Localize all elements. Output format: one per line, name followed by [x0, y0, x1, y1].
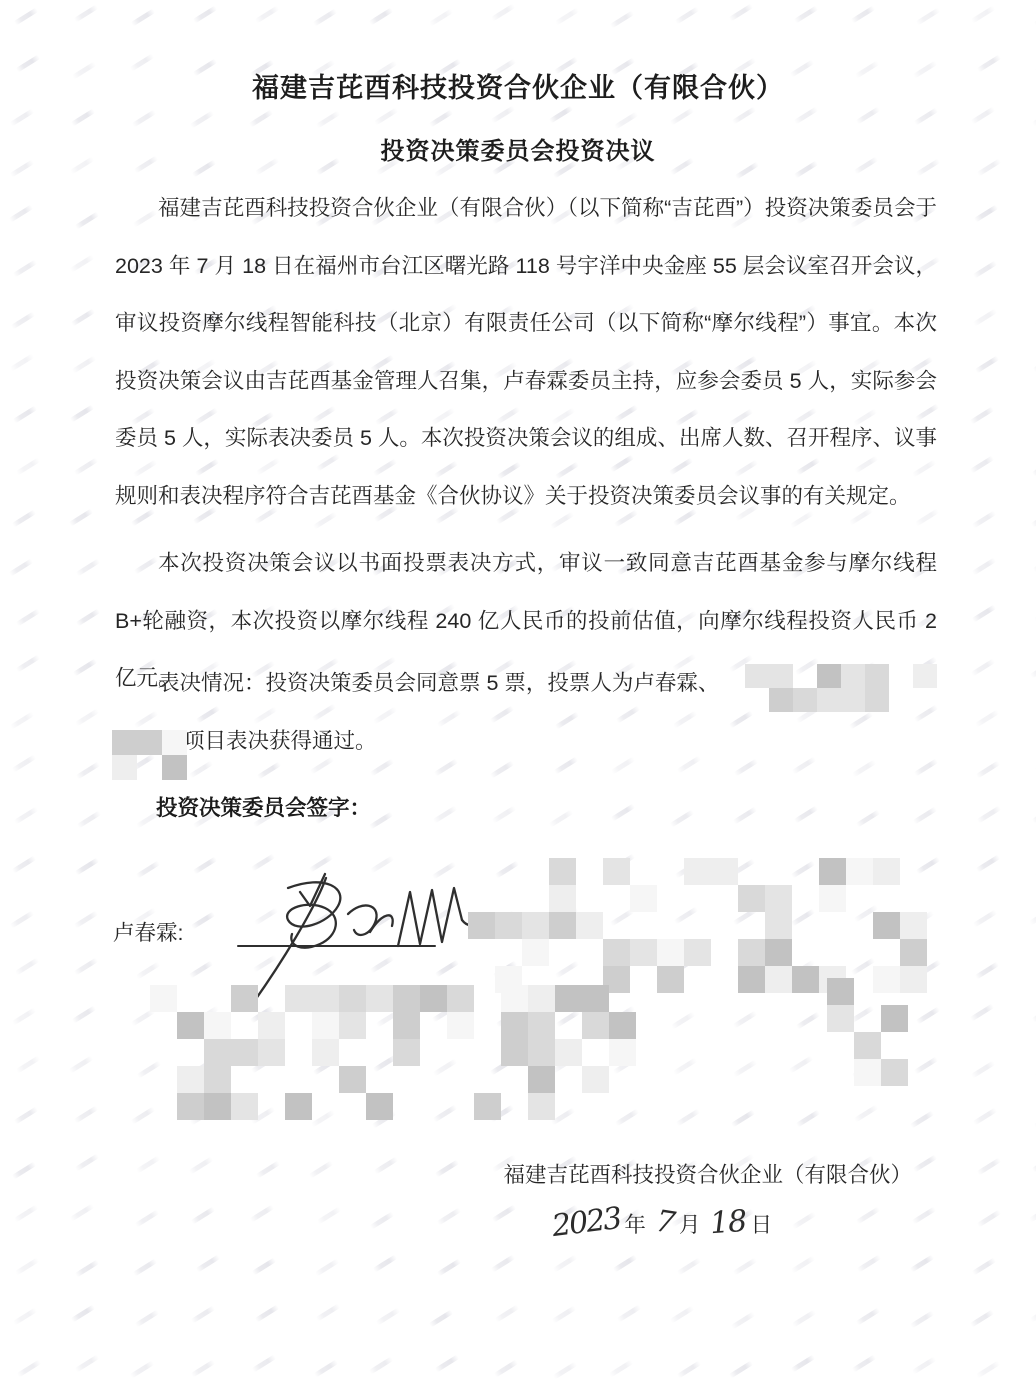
watermark-mark — [373, 107, 398, 125]
mosaic-cell — [231, 1093, 258, 1120]
mosaic-cell — [684, 939, 711, 966]
watermark-mark — [609, 1359, 634, 1377]
watermark-mark — [16, 654, 41, 672]
watermark-mark — [249, 109, 274, 127]
watermark-mark — [131, 110, 156, 128]
watermark-mark — [73, 1106, 98, 1124]
watermark-mark — [75, 858, 100, 876]
mosaic-cell — [900, 966, 927, 993]
watermark-mark — [315, 1258, 340, 1276]
year-label: 年 — [624, 1213, 646, 1237]
watermark-mark — [969, 1004, 994, 1022]
watermark-mark — [790, 909, 815, 927]
watermark-mark — [492, 806, 517, 824]
mosaic-cell — [846, 858, 873, 885]
watermark-mark — [555, 8, 580, 26]
watermark-mark — [554, 960, 579, 978]
watermark-mark — [791, 1256, 816, 1274]
watermark-mark — [1032, 1154, 1036, 1172]
watermark-mark — [550, 1108, 575, 1126]
mosaic-cell — [312, 1039, 339, 1066]
watermark-mark — [613, 111, 638, 129]
mosaic-cell — [582, 1066, 609, 1093]
watermark-mark — [670, 108, 695, 126]
watermark-mark — [850, 1005, 875, 1023]
watermark-mark — [74, 958, 99, 976]
mosaic-cell — [528, 1066, 555, 1093]
mosaic-cell — [630, 885, 657, 912]
watermark-mark — [912, 1206, 937, 1224]
watermark-mark — [617, 1304, 642, 1322]
watermark-mark — [914, 1057, 939, 1075]
mosaic-cell — [495, 966, 522, 993]
watermark-mark — [10, 354, 35, 372]
mosaic-cell — [684, 858, 711, 885]
watermark-mark — [490, 1058, 515, 1076]
watermark-mark — [192, 5, 217, 23]
watermark-mark — [675, 861, 700, 879]
watermark-mark — [136, 1061, 161, 1079]
watermark-mark — [69, 1204, 94, 1222]
watermark-mark — [731, 858, 756, 876]
mosaic-cell — [285, 1093, 312, 1120]
watermark-mark — [73, 658, 98, 676]
watermark-mark — [1032, 806, 1036, 824]
mosaic-cell — [522, 939, 549, 966]
watermark-mark — [976, 760, 1001, 778]
watermark-mark — [912, 1154, 937, 1172]
watermark-mark — [135, 961, 160, 979]
watermark-mark — [496, 1009, 521, 1027]
watermark-mark — [131, 8, 156, 26]
watermark-mark — [193, 1056, 218, 1074]
watermark-mark — [373, 1054, 398, 1072]
watermark-mark — [75, 1355, 100, 1373]
watermark-mark — [917, 960, 942, 978]
mosaic-cell — [177, 1066, 204, 1093]
watermark-mark — [70, 254, 95, 272]
watermark-mark — [854, 905, 879, 923]
vote-result-line2: 项目表决获得通过。 — [115, 713, 937, 771]
watermark-mark — [973, 204, 998, 222]
watermark-mark — [729, 4, 754, 22]
watermark-mark — [12, 510, 37, 528]
watermark-mark — [491, 4, 516, 22]
mosaic-cell — [900, 912, 927, 939]
mosaic-cell — [819, 858, 846, 885]
watermark-mark — [909, 1255, 934, 1273]
watermark-mark — [1031, 109, 1036, 127]
watermark-mark — [912, 806, 937, 824]
watermark-mark — [311, 1110, 336, 1128]
watermark-mark — [132, 1259, 157, 1277]
mosaic-cell — [819, 966, 846, 993]
mosaic-cell — [204, 1039, 231, 1066]
mosaic-cell — [792, 966, 819, 993]
mosaic-cell — [603, 939, 630, 966]
watermark-mark — [850, 6, 875, 24]
watermark-mark — [731, 1109, 756, 1127]
watermark-mark — [611, 1006, 636, 1024]
watermark-mark — [793, 806, 818, 824]
watermark-mark — [436, 1258, 461, 1276]
watermark-mark — [549, 105, 574, 123]
mosaic-cell — [528, 1093, 555, 1120]
mosaic-cell — [881, 1059, 908, 1086]
watermark-mark — [975, 961, 1000, 979]
watermark-mark — [316, 1304, 341, 1322]
watermark-mark — [1029, 1304, 1036, 1322]
watermark-mark — [910, 1311, 935, 1329]
watermark-mark — [494, 860, 519, 878]
redaction-mosaic-signatures-right — [468, 858, 948, 980]
watermark-mark — [1030, 660, 1036, 678]
mosaic-cell — [393, 1039, 420, 1066]
mosaic-cell — [657, 939, 684, 966]
mosaic-cell — [711, 858, 738, 885]
watermark-mark — [10, 711, 35, 729]
watermark-mark — [491, 1255, 516, 1273]
mosaic-cell — [204, 1012, 231, 1039]
watermark-mark — [670, 1011, 695, 1029]
watermark-mark — [73, 910, 98, 928]
watermark-mark — [17, 1359, 42, 1377]
mosaic-cell — [150, 985, 177, 1012]
watermark-mark — [796, 1011, 821, 1029]
watermark-mark — [75, 1259, 100, 1277]
mosaic-cell — [528, 1039, 555, 1066]
watermark-mark — [854, 1105, 879, 1123]
mosaic-cell — [765, 912, 792, 939]
watermark-mark — [673, 1057, 698, 1075]
vote-result-block: 表决情况：投资决策委员会同意票 5 票，投票人为卢春霖、 项目表决获得通过。 — [115, 655, 937, 770]
watermark-mark — [191, 1306, 216, 1324]
mosaic-cell — [609, 1039, 636, 1066]
watermark-mark — [676, 1258, 701, 1276]
mosaic-cell — [765, 885, 792, 912]
watermark-mark — [191, 911, 216, 929]
watermark-mark — [857, 1255, 882, 1273]
watermark-mark — [433, 1059, 458, 1077]
mosaic-cell — [765, 939, 792, 966]
watermark-mark — [976, 1361, 1001, 1379]
watermark-mark — [493, 960, 518, 978]
handwritten-signature — [230, 848, 490, 1023]
watermark-mark — [372, 1255, 397, 1273]
watermark-mark — [852, 1355, 877, 1373]
watermark-mark — [191, 1359, 216, 1377]
watermark-mark — [733, 1059, 758, 1077]
watermark-mark — [675, 1108, 700, 1126]
watermark-mark — [492, 1204, 517, 1222]
document-title: 福建吉芘酉科技投资合伙企业（有限合伙） — [0, 66, 1036, 105]
mosaic-cell — [738, 939, 765, 966]
watermark-mark — [74, 211, 99, 229]
mosaic-cell — [474, 1093, 501, 1120]
watermark-mark — [1029, 1205, 1036, 1223]
watermark-mark — [793, 5, 818, 23]
mosaic-cell — [555, 1039, 582, 1066]
watermark-mark — [369, 1211, 394, 1229]
mosaic-cell — [231, 1039, 258, 1066]
watermark-mark — [195, 1006, 220, 1024]
watermark-mark — [10, 910, 35, 928]
watermark-mark — [376, 1308, 401, 1326]
paragraph-meeting-info: 福建吉芘酉科技投资合伙企业（有限合伙）（以下简称“吉芘酉”）投资决策委员会于 2… — [115, 180, 937, 525]
watermark-mark — [970, 406, 995, 424]
watermark-mark — [970, 455, 995, 473]
watermark-mark — [551, 1055, 576, 1073]
redaction-mosaic-signatures-tail — [800, 978, 912, 1062]
watermark-mark — [74, 5, 99, 23]
watermark-mark — [972, 510, 997, 528]
watermark-mark — [495, 1305, 520, 1323]
watermark-mark — [429, 109, 454, 127]
mosaic-cell — [738, 966, 765, 993]
watermark-mark — [316, 1207, 341, 1225]
watermark-mark — [852, 1061, 877, 1079]
watermark-mark — [796, 1110, 821, 1128]
mosaic-cell — [576, 912, 603, 939]
watermark-mark — [971, 558, 996, 576]
watermark-mark — [9, 558, 34, 576]
watermark-mark — [190, 1107, 215, 1125]
mosaic-cell — [738, 885, 765, 912]
watermark-mark — [9, 204, 34, 222]
watermark-mark — [130, 1106, 155, 1124]
watermark-mark — [971, 6, 996, 24]
watermark-mark — [196, 1255, 221, 1273]
mosaic-cell — [555, 985, 582, 1012]
mosaic-cell — [609, 1012, 636, 1039]
watermark-mark — [916, 8, 941, 26]
watermark-mark — [369, 1356, 394, 1374]
watermark-mark — [791, 1309, 816, 1327]
watermark-mark — [973, 260, 998, 278]
watermark-mark — [916, 857, 941, 875]
watermark-mark — [251, 1106, 276, 1124]
watermark-mark — [250, 1205, 275, 1223]
watermark-mark — [369, 7, 394, 25]
footer-company-name: 福建吉芘酉科技投资合伙企业（有限合伙） — [0, 1158, 912, 1189]
vote-result-line1: 表决情况：投资决策委员会同意票 5 票，投票人为卢春霖、 — [115, 655, 937, 713]
document-page: 福建吉芘酉科技投资合伙企业（有限合伙） 投资决策委员会投资决议 福建吉芘酉科技投… — [0, 0, 1036, 1386]
watermark-mark — [612, 1057, 637, 1075]
mosaic-cell — [549, 858, 576, 885]
watermark-mark — [432, 1104, 457, 1122]
watermark-mark — [854, 858, 879, 876]
watermark-mark — [251, 1355, 276, 1373]
mosaic-cell — [881, 1005, 908, 1032]
watermark-mark — [13, 7, 38, 25]
mosaic-cell — [873, 966, 900, 993]
watermark-mark — [130, 1360, 155, 1378]
watermark-mark — [972, 605, 997, 623]
mosaic-cell — [366, 1093, 393, 1120]
watermark-mark — [971, 658, 996, 676]
mosaic-cell — [582, 1012, 609, 1039]
mosaic-cell — [495, 912, 522, 939]
watermark-mark — [554, 907, 579, 925]
watermark-mark — [970, 1310, 995, 1328]
watermark-mark — [732, 1257, 757, 1275]
watermark-mark — [76, 608, 101, 626]
mosaic-cell — [258, 1039, 285, 1066]
watermark-mark — [14, 1106, 39, 1124]
watermark-mark — [69, 509, 94, 527]
mosaic-cell — [204, 1066, 231, 1093]
watermark-mark — [976, 806, 1001, 824]
watermark-mark — [971, 106, 996, 124]
watermark-mark — [553, 1361, 578, 1379]
watermark-mark — [432, 806, 457, 824]
watermark-mark — [673, 906, 698, 924]
watermark-mark — [372, 1110, 397, 1128]
watermark-mark — [12, 754, 37, 772]
mosaic-cell — [630, 939, 657, 966]
mosaic-cell — [827, 1005, 854, 1032]
watermark-mark — [134, 1209, 159, 1227]
watermark-mark — [12, 1008, 37, 1026]
watermark-mark — [973, 1108, 998, 1126]
handwritten-month: 7 — [653, 1204, 677, 1242]
watermark-mark — [736, 959, 761, 977]
mosaic-cell — [603, 966, 630, 993]
mosaic-cell — [900, 939, 927, 966]
mosaic-cell — [854, 1032, 881, 1059]
watermark-mark — [190, 1207, 215, 1225]
watermark-mark — [973, 308, 998, 326]
day-label: 日 — [751, 1213, 773, 1237]
signature-section-heading: 投资决策委员会签字： — [156, 791, 371, 822]
watermark-mark — [1032, 459, 1036, 477]
watermark-mark — [555, 1009, 580, 1027]
mosaic-cell — [522, 912, 549, 939]
watermark-mark — [313, 1359, 338, 1377]
watermark-mark — [190, 110, 215, 128]
watermark-mark — [76, 761, 101, 779]
watermark-mark — [970, 1061, 995, 1079]
watermark-mark — [437, 1207, 462, 1225]
watermark-mark — [615, 1108, 640, 1126]
watermark-mark — [856, 1308, 881, 1326]
watermark-mark — [14, 807, 39, 825]
mosaic-cell — [177, 1093, 204, 1120]
watermark-mark — [72, 1005, 97, 1023]
watermark-mark — [610, 10, 635, 28]
watermark-mark — [792, 1211, 817, 1229]
watermark-mark — [369, 811, 394, 829]
watermark-mark — [73, 457, 98, 475]
watermark-mark — [16, 457, 41, 475]
watermark-mark — [71, 309, 96, 327]
watermark-mark — [136, 861, 161, 879]
watermark-mark — [255, 1305, 280, 1323]
mosaic-cell — [501, 1039, 528, 1066]
watermark-mark — [732, 806, 757, 824]
mosaic-cell — [528, 1012, 555, 1039]
watermark-mark — [856, 809, 881, 827]
watermark-mark — [490, 1105, 515, 1123]
watermark-mark — [69, 1055, 94, 1073]
watermark-mark — [910, 1111, 935, 1129]
watermark-mark — [731, 1311, 756, 1329]
watermark-mark — [551, 860, 576, 878]
mosaic-cell — [603, 858, 630, 885]
watermark-mark — [975, 854, 1000, 872]
watermark-mark — [669, 809, 694, 827]
watermark-mark — [429, 8, 454, 26]
watermark-mark — [490, 911, 515, 929]
watermark-mark — [76, 811, 101, 829]
watermark-mark — [493, 1360, 518, 1378]
watermark-mark — [316, 111, 341, 129]
watermark-mark — [1032, 1005, 1036, 1023]
mosaic-cell — [819, 885, 846, 912]
mosaic-cell — [339, 1066, 366, 1093]
watermark-mark — [674, 956, 699, 974]
watermark-mark — [912, 1356, 937, 1374]
watermark-mark — [429, 1310, 454, 1328]
watermark-mark — [13, 405, 38, 423]
watermark-mark — [976, 1157, 1001, 1175]
watermark-mark — [551, 1305, 576, 1323]
mosaic-cell — [528, 985, 555, 1012]
watermark-mark — [255, 6, 280, 24]
watermark-mark — [130, 1009, 155, 1027]
watermark-mark — [75, 708, 100, 726]
watermark-mark — [856, 106, 881, 124]
mosaic-cell — [501, 985, 528, 1012]
watermark-mark — [16, 1055, 41, 1073]
handwritten-day: 18 — [709, 1204, 748, 1241]
watermark-mark — [732, 907, 757, 925]
watermark-mark — [135, 1310, 160, 1328]
watermark-mark — [13, 1307, 38, 1325]
footer-date: 2023年 7月 18日 — [548, 1205, 772, 1240]
watermark-mark — [972, 1258, 997, 1276]
document-subtitle: 投资决策委员会投资决议 — [0, 131, 1036, 166]
watermark-mark — [15, 957, 40, 975]
watermark-mark — [13, 1204, 38, 1222]
watermark-mark — [613, 1255, 638, 1273]
watermark-mark — [313, 9, 338, 27]
watermark-mark — [791, 960, 816, 978]
mosaic-cell — [827, 978, 854, 1005]
handwritten-year: 2023 — [550, 1201, 622, 1244]
watermark-mark — [976, 1210, 1001, 1228]
watermark-mark — [1032, 355, 1036, 373]
watermark-mark — [916, 1007, 941, 1025]
watermark-mark — [71, 355, 96, 373]
watermark-mark — [11, 311, 36, 329]
watermark-mark — [252, 1258, 277, 1276]
watermark-mark — [193, 857, 218, 875]
watermark-mark — [1032, 555, 1036, 573]
watermark-mark — [851, 958, 876, 976]
watermark-mark — [675, 6, 700, 24]
watermark-mark — [610, 908, 635, 926]
watermark-mark — [15, 1258, 40, 1276]
watermark-mark — [610, 954, 635, 972]
mosaic-cell — [549, 885, 576, 912]
watermark-mark — [1030, 509, 1036, 527]
watermark-mark — [75, 558, 100, 576]
watermark-mark — [670, 1305, 695, 1323]
watermark-mark — [70, 109, 95, 127]
mosaic-cell — [204, 1093, 231, 1120]
mosaic-cell — [582, 985, 609, 1012]
